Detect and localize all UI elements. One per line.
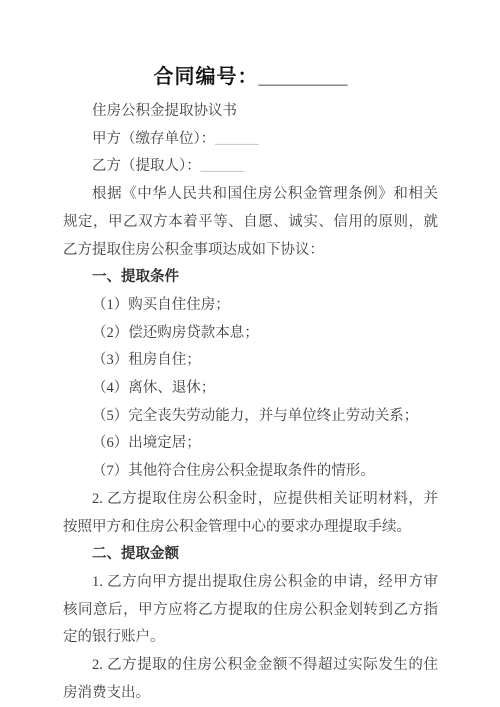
party-b-label: 乙方（提取人）： <box>92 158 201 174</box>
section-paragraph: （7）其他符合住房公积金提取条件的情形。 <box>63 458 438 486</box>
section-paragraph: （4）离休、退休； <box>63 375 438 403</box>
contract-number-heading: 合同编号：________ <box>63 64 438 90</box>
party-b-line: 乙方（提取人）：______ <box>63 153 438 181</box>
section-paragraph: （5）完全丧失劳动能力，并与单位终止劳动关系； <box>63 403 438 431</box>
contract-document-page: 合同编号：________ 住房公积金提取协议书 甲方（缴存单位）：______… <box>0 0 500 707</box>
party-a-label: 甲方（缴存单位）： <box>92 131 215 147</box>
section-heading: 一、提取条件 <box>63 264 438 292</box>
section-paragraph: 2. 乙方提取的住房公积金金额不得超过实际发生的住房消费支出。 <box>63 652 438 707</box>
contract-number-label: 合同编号： <box>154 66 259 88</box>
section-paragraph: （2）偿还购房贷款本息； <box>63 320 438 348</box>
section-paragraph: （3）租房自住； <box>63 347 438 375</box>
section-paragraph: （6）出境定居； <box>63 430 438 458</box>
party-b-blank: ______ <box>201 158 245 174</box>
section-paragraph: （1）购买自住住房； <box>63 292 438 320</box>
section-paragraph: 2. 乙方提取住房公积金时，应提供相关证明材料，并按照甲方和住房公积金管理中心的… <box>63 486 438 541</box>
section-paragraph: 1. 乙方向甲方提出提取住房公积金的申请，经甲方审核同意后，甲方应将乙方提取的住… <box>63 569 438 652</box>
section-heading: 二、提取金额 <box>63 541 438 569</box>
party-a-blank: ______ <box>215 131 259 147</box>
doc-title: 住房公积金提取协议书 <box>63 98 438 126</box>
sections-container: 一、提取条件（1）购买自住住房；（2）偿还购房贷款本息；（3）租房自住；（4）离… <box>63 264 438 707</box>
contract-number-blank: ________ <box>259 66 348 88</box>
preamble-paragraph: 根据《中华人民共和国住房公积金管理条例》和相关规定，甲乙双方本着平等、自愿、诚实… <box>63 181 438 264</box>
party-a-line: 甲方（缴存单位）：______ <box>63 126 438 154</box>
